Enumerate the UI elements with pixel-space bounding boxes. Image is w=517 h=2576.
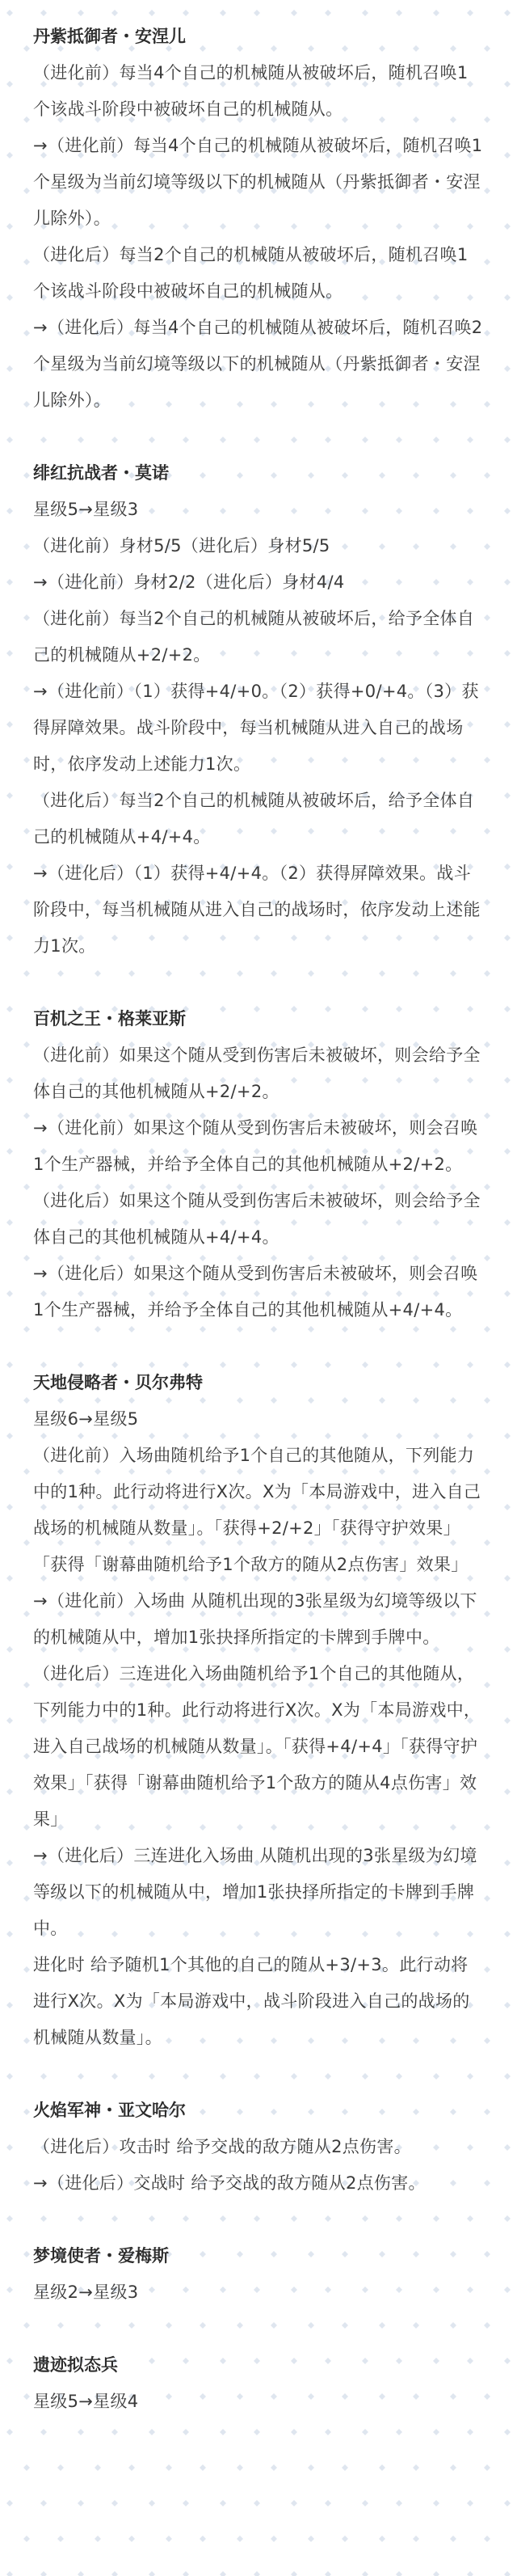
section-title: 绯红抗战者・莫诺 — [33, 455, 485, 492]
change-line: →（进化前）入场曲 从随机出现的3张星级为幻境等级以下的机械随从中，增加1张抉择… — [33, 1583, 485, 1656]
change-line: （进化后）三连进化入场曲随机给予1个自己的其他随从，下列能力中的1种。此行动将进… — [33, 1656, 485, 1838]
change-line: →（进化前）（1）获得+4/+0。（2）获得+0/+4。（3）获得屏障效果。战斗… — [33, 674, 485, 783]
patch-notes-article: 丹紫抵御者・安涅儿 （进化前）每当4个自己的机械随从被破坏后，随机召唤1个该战斗… — [0, 0, 517, 2420]
change-line: （进化后）攻击时 给予交战的敌方随从2点伤害。 — [33, 2129, 485, 2165]
change-line: →（进化后）交战时 给予交战的敌方随从2点伤害。 — [33, 2165, 485, 2202]
section-anier: 丹紫抵御者・安涅儿 （进化前）每当4个自己的机械随从被破坏后，随机召唤1个该战斗… — [33, 19, 485, 419]
change-line: （进化前）每当4个自己的机械随从被破坏后，随机召唤1个该战斗阶段中被破坏自己的机… — [33, 55, 485, 128]
change-line: →（进化前）如果这个随从受到伤害后未被破坏，则会召唤1个生产器械，并给予全体自己… — [33, 1110, 485, 1183]
section-belphoat: 天地侵略者・贝尔弗特 星级6→星级5 （进化前）入场曲随机给予1个自己的其他随从… — [33, 1365, 485, 2056]
change-line: （进化前）入场曲随机给予1个自己的其他随从，下列能力中的1种。此行动将进行X次。… — [33, 1438, 485, 1583]
section-title: 丹紫抵御者・安涅儿 — [33, 19, 485, 55]
section-relic-mimic: 遗迹拟态兵 星级5→星级4 — [33, 2347, 485, 2420]
change-line: →（进化后）如果这个随从受到伤害后未被破坏，则会召唤1个生产器械，并给予全体自己… — [33, 1256, 485, 1328]
section-title: 遗迹拟态兵 — [33, 2347, 485, 2384]
change-line: →（进化前）每当4个自己的机械随从被破坏后，随机召唤1个星级为当前幻境等级以下的… — [33, 128, 485, 237]
section-title: 天地侵略者・贝尔弗特 — [33, 1365, 485, 1401]
section-gleas: 百机之王・格莱亚斯 （进化前）如果这个随从受到伤害后未被破坏，则会给予全体自己的… — [33, 1001, 485, 1328]
section-aimes: 梦境使者・爱梅斯 星级2→星级3 — [33, 2238, 485, 2311]
change-line: →（进化后）三连进化入场曲 从随机出现的3张星级为幻境等级以下的机械随从中，增加… — [33, 1838, 485, 1947]
change-line: （进化后）如果这个随从受到伤害后未被破坏，则会给予全体自己的其他机械随从+4/+… — [33, 1183, 485, 1256]
change-line: （进化后）每当2个自己的机械随从被破坏后，随机召唤1个该战斗阶段中被破坏自己的机… — [33, 237, 485, 310]
star-change-line: 星级5→星级4 — [33, 2384, 485, 2420]
change-line: →（进化前）身材2/2（进化后）身材4/4 — [33, 564, 485, 601]
change-line: 进化时 给予随机1个其他的自己的随从+3/+3。此行动将进行X次。X为「本局游戏… — [33, 1947, 485, 2056]
change-line: （进化前）如果这个随从受到伤害后未被破坏，则会给予全体自己的其他机械随从+2/+… — [33, 1037, 485, 1110]
section-title: 火焰军神・亚文哈尔 — [33, 2092, 485, 2129]
change-line: →（进化后）每当4个自己的机械随从被破坏后，随机召唤2个星级为当前幻境等级以下的… — [33, 310, 485, 419]
change-line: （进化前）每当2个自己的机械随从被破坏后，给予全体自己的机械随从+2/+2。 — [33, 601, 485, 674]
section-mono: 绯红抗战者・莫诺 星级5→星级3 （进化前）身材5/5（进化后）身材5/5 →（… — [33, 455, 485, 965]
star-change-line: 星级6→星级5 — [33, 1401, 485, 1438]
change-line: （进化后）每当2个自己的机械随从被破坏后，给予全体自己的机械随从+4/+4。 — [33, 783, 485, 855]
section-title: 百机之王・格莱亚斯 — [33, 1001, 485, 1037]
change-line: →（进化后）（1）获得+4/+4。（2）获得屏障效果。战斗阶段中，每当机械随从进… — [33, 855, 485, 965]
star-change-line: 星级2→星级3 — [33, 2274, 485, 2311]
section-avunhal: 火焰军神・亚文哈尔 （进化后）攻击时 给予交战的敌方随从2点伤害。 →（进化后）… — [33, 2092, 485, 2202]
section-title: 梦境使者・爱梅斯 — [33, 2238, 485, 2274]
star-change-line: 星级5→星级3 — [33, 492, 485, 528]
change-line: （进化前）身材5/5（进化后）身材5/5 — [33, 528, 485, 564]
